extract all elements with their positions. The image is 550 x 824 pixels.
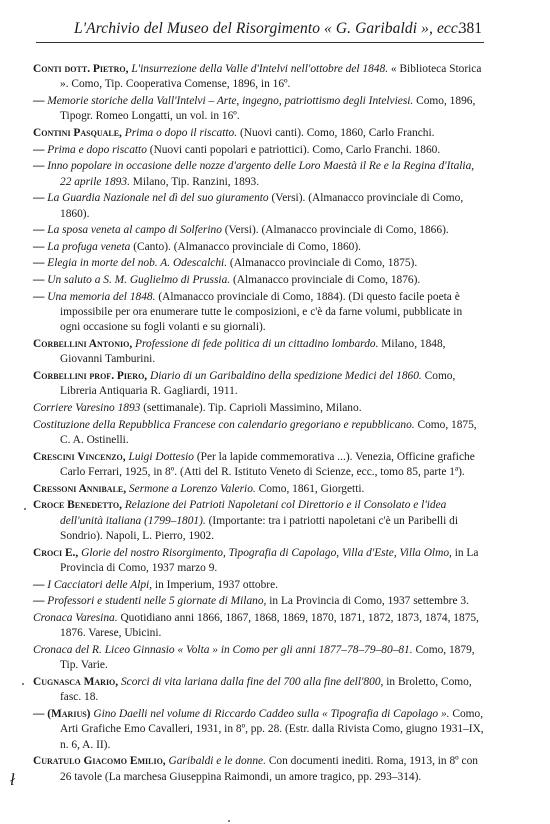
entry-author: Croce Benedetto, xyxy=(33,499,122,511)
entry-title: La sposa veneta al campo di Solferino xyxy=(47,224,222,236)
entry-title: I Cacciatori delle Alpi, xyxy=(47,579,152,591)
bibliography-entry: Croci E., Glorie del nostro Risorgimento… xyxy=(33,546,485,577)
bibliography-entry: Curatulo Giacomo Emilio, Garibaldi e le … xyxy=(33,754,485,785)
bibliography-entry: Cressoni Annibale, Sermone a Lorenzo Val… xyxy=(33,482,485,497)
bibliography-entry: — La sposa veneta al campo di Solferino … xyxy=(33,223,485,238)
entry-title: La profuga veneta xyxy=(47,241,130,253)
bibliography-entry: — Un saluto a S. M. Guglielmo di Prussia… xyxy=(33,273,485,288)
bibliography-entry: — Elegia in morte del nob. A. Odescalchi… xyxy=(33,256,485,271)
page-number: 381 xyxy=(459,20,482,38)
entry-title: Cronaca Varesina. xyxy=(33,612,118,624)
bibliography-entry: — Memorie storiche della Vall'Intelvi – … xyxy=(33,94,485,125)
entry-author: — (Marius) xyxy=(33,708,90,720)
entry-details: in Imperium, 1937 ottobre. xyxy=(155,579,278,591)
entry-title: L'insurrezione della Valle d'Intelvi nel… xyxy=(131,63,388,75)
entry-details: (Canto). (Almanacco provinciale di Como,… xyxy=(133,241,361,253)
entry-author: Contini Pasquale, xyxy=(33,127,122,139)
bibliography-entry: Corbellini prof. Piero, Diario di un Gar… xyxy=(33,369,485,400)
entry-title: Professione di fede politica di un citta… xyxy=(135,338,378,350)
bibliography-entry: Corbellini Antonio, Professione di fede … xyxy=(33,337,485,368)
entry-title: Prima e dopo riscatto xyxy=(47,144,147,156)
entry-title: Costituzione della Repubblica Francese c… xyxy=(33,419,415,431)
bibliography-entry: Cugnasca Mario, Scorci di vita lariana d… xyxy=(33,675,485,706)
entry-title: Professori e studenti nelle 5 giornate d… xyxy=(47,595,266,607)
bibliography-list: Conti dott. Pietro, L'insurrezione della… xyxy=(33,62,485,785)
entry-details: Quotidiano anni 1866, 1867, 1868, 1869, … xyxy=(60,612,479,639)
entry-title: Inno popolare in occasione delle nozze d… xyxy=(47,160,474,187)
scan-speck xyxy=(22,683,24,685)
entry-author: — xyxy=(33,274,44,286)
entry-author: Corbellini Antonio, xyxy=(33,338,132,350)
entry-title: Memorie storiche della Vall'Intelvi – Ar… xyxy=(47,95,413,107)
bibliography-entry: Corriere Varesino 1893 (settimanale). Ti… xyxy=(33,401,485,416)
entry-author: Corbellini prof. Piero, xyxy=(33,370,147,382)
bibliography-entry: — Prima e dopo riscatto (Nuovi canti pop… xyxy=(33,143,485,158)
bibliography-entry: — Inno popolare in occasione delle nozze… xyxy=(33,159,485,190)
entry-title: Gino Daelli nel volume di Riccardo Cadde… xyxy=(93,708,449,720)
bibliography-entry: — Professori e studenti nelle 5 giornate… xyxy=(33,594,485,609)
entry-author: — xyxy=(33,241,44,253)
entry-title: Prima o dopo il riscatto. xyxy=(125,127,237,139)
entry-author: Croci E., xyxy=(33,547,78,559)
scan-speck xyxy=(228,820,230,822)
entry-title: Corriere Varesino 1893 xyxy=(33,402,140,414)
entry-author: — xyxy=(33,291,44,303)
bibliography-entry: — I Cacciatori delle Alpi, in Imperium, … xyxy=(33,578,485,593)
entry-details: Como, 1861, Giorgetti. xyxy=(259,483,365,495)
entry-details: (Versi). (Almanacco provinciale di Como,… xyxy=(225,224,449,236)
entry-details: (settimanale). Tip. Caprioli Massimino, … xyxy=(143,402,361,414)
entry-author: — xyxy=(33,192,44,204)
entry-author: — xyxy=(33,144,44,156)
entry-title: Elegia in morte del nob. A. Odescalchi. xyxy=(47,257,227,269)
entry-title: Scorci di vita lariana dalla fine del 70… xyxy=(121,676,383,688)
running-title: L'Archivio del Museo del Risorgimento « … xyxy=(74,20,462,38)
entry-title: La Guardia Nazionale nel dì del suo giur… xyxy=(47,192,268,204)
entry-details: (Nuovi canti popolari e patriottici). Co… xyxy=(150,144,440,156)
bibliography-entry: — (Marius) Gino Daelli nel volume di Ric… xyxy=(33,707,485,753)
entry-author: — xyxy=(33,595,44,607)
entry-author: — xyxy=(33,95,44,107)
bibliography-entry: Cronaca Varesina. Quotidiano anni 1866, … xyxy=(33,611,485,642)
running-header: L'Archivio del Museo del Risorgimento « … xyxy=(36,16,484,43)
entry-author: — xyxy=(33,579,44,591)
entry-title: Sermone a Lorenzo Valerio. xyxy=(129,483,256,495)
bibliography-entry: Contini Pasquale, Prima o dopo il riscat… xyxy=(33,126,485,141)
scan-speck xyxy=(24,508,26,510)
entry-title: Garibaldi e le donne. xyxy=(169,755,266,767)
entry-details: (Almanacco provinciale di Como, 1876). xyxy=(233,274,420,286)
bibliography-entry: Costituzione della Repubblica Francese c… xyxy=(33,418,485,449)
bibliography-entry: — Una memoria del 1848. (Almanacco provi… xyxy=(33,290,485,336)
entry-details: (Nuovi canti). Como, 1860, Carlo Franchi… xyxy=(240,127,435,139)
entry-author: — xyxy=(33,257,44,269)
entry-title: Una memoria del 1848. xyxy=(47,291,155,303)
entry-author: — xyxy=(33,160,44,172)
margin-annotation: ł xyxy=(10,770,15,790)
entry-details: in La Provincia di Como, 1937 settembre … xyxy=(269,595,469,607)
bibliography-entry: — La Guardia Nazionale nel dì del suo gi… xyxy=(33,191,485,222)
entry-author: Cugnasca Mario, xyxy=(33,676,118,688)
entry-title: Un saluto a S. M. Guglielmo di Prussia. xyxy=(47,274,230,286)
entry-author: — xyxy=(33,224,44,236)
entry-title: Diario di un Garibaldino della spedizion… xyxy=(150,370,422,382)
bibliography-entry: Crescini Vincenzo, Luigi Dottesio (Per l… xyxy=(33,450,485,481)
bibliography-entry: — La profuga veneta (Canto). (Almanacco … xyxy=(33,240,485,255)
bibliography-entry: Conti dott. Pietro, L'insurrezione della… xyxy=(33,62,485,93)
entry-author: Conti dott. Pietro, xyxy=(33,63,128,75)
entry-details: (Almanacco provinciale di Como, 1875). xyxy=(230,257,417,269)
entry-title: Glorie del nostro Risorgimento, Tipograf… xyxy=(81,547,452,559)
entry-title: Luigi Dottesio xyxy=(128,451,194,463)
entry-details: Milano, Tip. Ranzini, 1893. xyxy=(133,176,259,188)
entry-author: Curatulo Giacomo Emilio, xyxy=(33,755,166,767)
entry-author: Cressoni Annibale, xyxy=(33,483,126,495)
entry-author: Crescini Vincenzo, xyxy=(33,451,126,463)
entry-title: Cronaca del R. Liceo Ginnasio « Volta » … xyxy=(33,644,413,656)
bibliography-entry: Cronaca del R. Liceo Ginnasio « Volta » … xyxy=(33,643,485,674)
bibliography-entry: Croce Benedetto, Relazione dei Patrioti … xyxy=(33,498,485,544)
